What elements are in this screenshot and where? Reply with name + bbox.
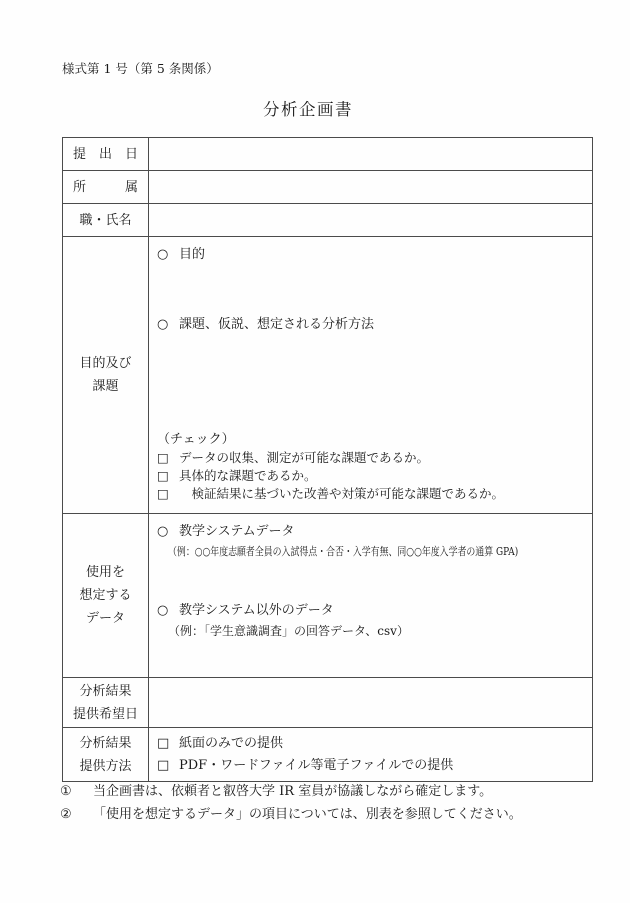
label-text: 分析結果 — [63, 732, 148, 755]
result-method-label: 分析結果 提供方法 — [63, 728, 149, 782]
purpose-field: ○目的 ○課題、仮説、想定される分析方法 （チェック） □データの収集、測定が可… — [149, 237, 593, 514]
checklist-item: □データの収集、測定が可能な課題であるか。 — [157, 449, 582, 467]
footnote: ②「使用を想定するデータ」の項目については、別表を参照してください。 — [60, 806, 522, 823]
circle-marker-icon: ○ — [157, 246, 171, 264]
list-item: ○教学システム以外のデータ — [157, 602, 582, 620]
label-text: 課題 — [63, 375, 148, 398]
label-text: 提供方法 — [63, 755, 148, 778]
result-method-row: 分析結果 提供方法 □紙面のみでの提供 □PDF・ワードファイル等電子ファイルで… — [63, 728, 593, 782]
label-text: 目的及び — [63, 352, 148, 375]
note-text: 「使用を想定するデータ」の項目については、別表を参照してください。 — [93, 806, 522, 823]
label-text: 職・氏名 — [63, 209, 148, 232]
affiliation-field — [149, 171, 593, 204]
method-option: □紙面のみでの提供 — [157, 733, 584, 755]
result-date-label: 分析結果 提供希望日 — [63, 678, 149, 728]
form-table: 提 出 日 所 属 職・氏名 目的及び 課題 — [62, 137, 593, 782]
position-name-row: 職・氏名 — [63, 204, 593, 237]
method-option: □PDF・ワードファイル等電子ファイルでの提供 — [157, 755, 584, 777]
note-number-icon: ① — [60, 783, 81, 800]
check-heading: （チェック） — [157, 430, 582, 449]
footnotes: ①当企画書は、依頼者と叡啓大学 IR 室員が協議しながら確定します。 ②「使用を… — [60, 783, 522, 829]
list-item: ○教学システムデータ — [157, 523, 582, 541]
label-text: 使用を — [63, 561, 148, 584]
circle-marker-icon: ○ — [157, 523, 171, 541]
result-method-field: □紙面のみでの提供 □PDF・ワードファイル等電子ファイルでの提供 — [149, 728, 593, 782]
checklist-item: □ 検証結果に基づいた改善や対策が可能な課題であるか。 — [157, 485, 582, 503]
checkbox-icon: □ — [157, 467, 171, 485]
expected-data-field: ○教学システムデータ （例：○○年度志願者全員の入試得点・合否・入学有無、同○○… — [149, 514, 593, 678]
item-text: データの収集、測定が可能な課題であるか。 — [179, 450, 429, 465]
label-text: 分析結果 — [63, 680, 148, 703]
footnote: ①当企画書は、依頼者と叡啓大学 IR 室員が協議しながら確定します。 — [60, 783, 522, 800]
circle-marker-icon: ○ — [157, 316, 171, 334]
item-text: PDF・ワードファイル等電子ファイルでの提供 — [179, 758, 453, 773]
note-text: 当企画書は、依頼者と叡啓大学 IR 室員が協議しながら確定します。 — [93, 783, 492, 800]
checklist-item: □具体的な課題であるか。 — [157, 467, 582, 485]
list-item: ○課題、仮説、想定される分析方法 — [157, 316, 582, 334]
page-title: 分析企画書 — [0, 96, 616, 120]
item-text: 教学システム以外のデータ — [179, 603, 334, 618]
checkbox-icon: □ — [157, 449, 171, 467]
affiliation-label: 所 属 — [63, 171, 149, 204]
item-text: 具体的な課題であるか。 — [179, 468, 317, 483]
submission-date-label: 提 出 日 — [63, 138, 149, 171]
result-date-row: 分析結果 提供希望日 — [63, 678, 593, 728]
label-text: 想定する — [63, 584, 148, 607]
item-text: 検証結果に基づいた改善や対策が可能な課題であるか。 — [179, 486, 504, 501]
label-text: 所 属 — [63, 176, 148, 199]
submission-date-field — [149, 138, 593, 171]
item-text: 課題、仮説、想定される分析方法 — [179, 317, 374, 332]
item-text: 紙面のみでの提供 — [179, 736, 283, 751]
position-name-field — [149, 204, 593, 237]
example-text: （例：○○年度志願者全員の入試得点・合否・入学有無、同○○年度入学者の通算 GP… — [168, 544, 503, 560]
checkbox-icon: □ — [157, 733, 171, 755]
checkbox-icon: □ — [157, 755, 171, 777]
label-text: 提供希望日 — [63, 703, 148, 726]
expected-data-label: 使用を 想定する データ — [63, 514, 149, 678]
circle-marker-icon: ○ — [157, 602, 171, 620]
label-text: データ — [63, 607, 148, 630]
label-text: 提 出 日 — [63, 143, 148, 166]
item-text: 教学システムデータ — [179, 524, 294, 539]
affiliation-row: 所 属 — [63, 171, 593, 204]
position-name-label: 職・氏名 — [63, 204, 149, 237]
note-number-icon: ② — [60, 806, 81, 823]
example-text: （例：「学生意識調査」の回答データ、csv） — [168, 623, 582, 639]
checkbox-icon: □ — [157, 485, 171, 503]
list-item: ○目的 — [157, 246, 582, 264]
submission-date-row: 提 出 日 — [63, 138, 593, 171]
item-text: 目的 — [179, 247, 205, 262]
expected-data-row: 使用を 想定する データ ○教学システムデータ （例：○○年度志願者全員の入試得… — [63, 514, 593, 678]
purpose-row: 目的及び 課題 ○目的 ○課題、仮説、想定される分析方法 （チェック） □データ… — [63, 237, 593, 514]
result-date-field — [149, 678, 593, 728]
purpose-label: 目的及び 課題 — [63, 237, 149, 514]
document-page: 様式第 1 号（第 5 条関係） 分析企画書 提 出 日 所 属 職・氏名 — [0, 0, 630, 903]
form-number: 様式第 1 号（第 5 条関係） — [62, 61, 219, 76]
